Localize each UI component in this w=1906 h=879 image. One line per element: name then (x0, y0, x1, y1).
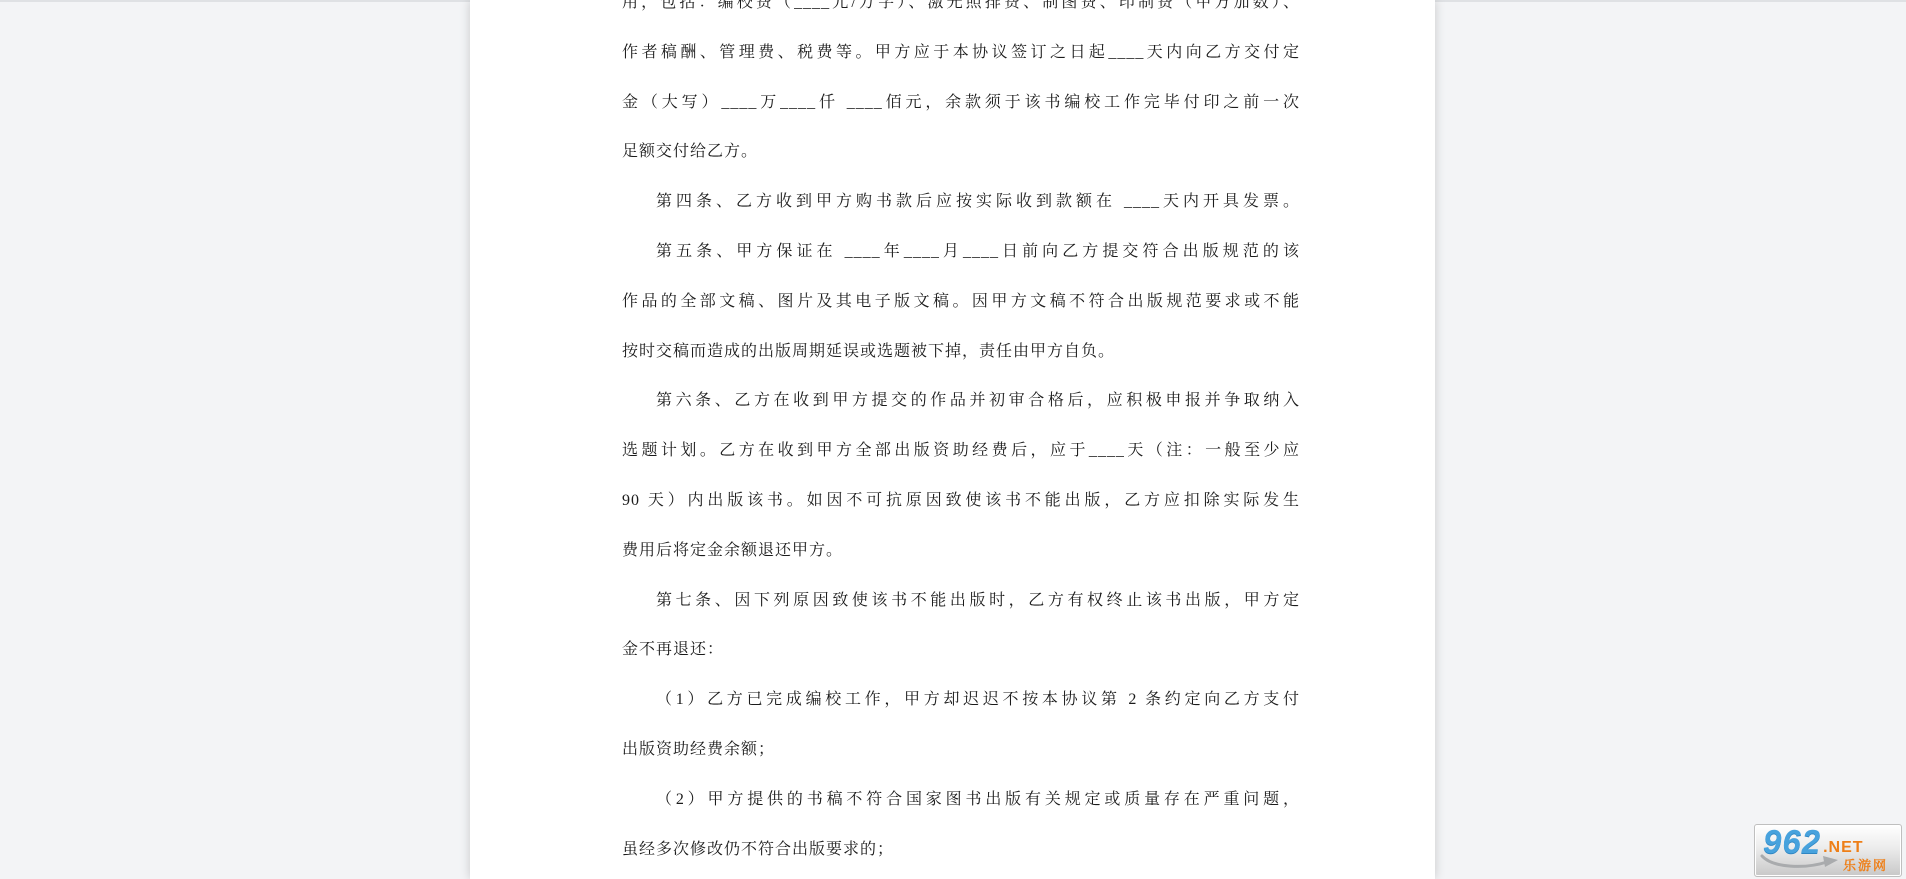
document-line: 金不再退还： (622, 625, 1300, 675)
document-line: 90 天）内出版该书。如因不可抗原因致使该书不能出版，乙方应扣除实际发生 (622, 476, 1300, 526)
document-line: 金（大写）____万____仟 ____佰元，余款须于该书编校工作完毕付印之前一… (622, 78, 1300, 128)
document-line: 第五条、甲方保证在 ____年____月____日前向乙方提交符合出版规范的该 (622, 227, 1300, 277)
document-line: 作者稿酬、管理费、税费等。甲方应于本协议签订之日起____天内向乙方交付定 (622, 28, 1300, 78)
contract-text-block: 用，包括：编校费（____元/万字）、激光照排费、制图费、印制费（甲方加数）、 … (622, 0, 1300, 874)
document-line: 按时交稿而造成的出版周期延误或选题被下掉，责任由甲方自负。 (622, 327, 1300, 377)
document-line: 出版资助经费余额； (622, 725, 1300, 775)
document-line: 足额交付给乙方。 (622, 127, 1300, 177)
document-line: 第四条、乙方收到甲方购书款后应按实际收到款额在 ____天内开具发票。 (622, 177, 1300, 227)
document-line: （1）乙方已完成编校工作，甲方却迟迟不按本协议第 2 条约定向乙方支付 (622, 675, 1300, 725)
document-line: 第七条、因下列原因致使该书不能出版时，乙方有权终止该书出版，甲方定 (622, 576, 1300, 626)
document-line: 用，包括：编校费（____元/万字）、激光照排费、制图费、印制费（甲方加数）、 (622, 0, 1300, 28)
document-line: 选题计划。乙方在收到甲方全部出版资助经费后，应于____天（注：一般至少应 (622, 426, 1300, 476)
logo-sitename-text: 乐游网 (1843, 855, 1888, 874)
logo-bottom-row: 乐游网 (1763, 853, 1893, 876)
document-page: 用，包括：编校费（____元/万字）、激光照排费、制图费、印制费（甲方加数）、 … (470, 0, 1435, 879)
site-logo-watermark: 962 .NET 乐游网 (1754, 824, 1902, 877)
document-line: 虽经多次修改仍不符合出版要求的； (622, 825, 1300, 875)
swoosh-arrow-icon (1759, 853, 1841, 876)
document-line: （2）甲方提供的书稿不符合国家图书出版有关规定或质量存在严重问题， (622, 775, 1300, 825)
document-line: 第六条、乙方在收到甲方提交的作品并初审合格后，应积极申报并争取纳入 (622, 376, 1300, 426)
document-line: 费用后将定金余额退还甲方。 (622, 526, 1300, 576)
document-line: 作品的全部文稿、图片及其电子版文稿。因甲方文稿不符合出版规范要求或不能 (622, 277, 1300, 327)
